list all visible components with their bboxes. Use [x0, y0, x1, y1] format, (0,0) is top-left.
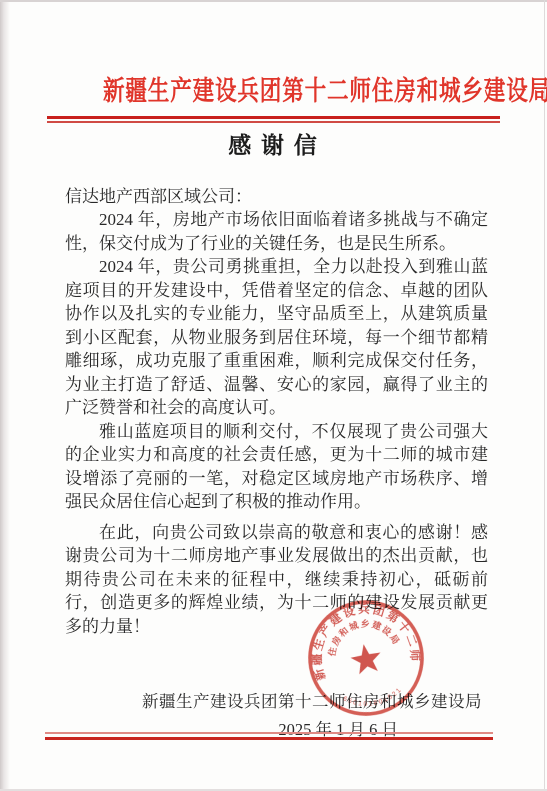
seal-star-icon [349, 642, 384, 676]
salutation: 信达地产西部区域公司： [65, 185, 488, 209]
seal-serial-number: 650101801521 [341, 685, 406, 712]
issuing-org-title: 新疆生产建设兵团第十二师住房和城乡建设局 [47, 0, 500, 107]
letter-title: 感 谢 信 [47, 123, 500, 160]
paragraph-3: 雅山蓝庭项目的顺利交付，不仅展现了贵公司强大的企业实力和高度的社会责任感，更为十… [65, 420, 488, 514]
paragraph-2: 2024 年，贵公司勇挑重担，全力以赴投入到雅山蓝庭项目的开发建设中，凭借着坚定… [65, 255, 488, 420]
paragraph-1: 2024 年，房地产市场依旧面临着诸多挑战与不确定性，保交付成为了行业的关键任务… [65, 208, 488, 255]
letter-content: 新疆生产建设兵团第十二师住房和城乡建设局 感 谢 信 信达地产西部区域公司： 2… [0, 0, 547, 741]
official-seal-stamp: 新疆生产建设兵团第十二师 住房和城乡建设局 650101801521 [296, 588, 435, 727]
paragraph-4: 在此，向贵公司致以崇高的敬意和衷心的感谢！感谢贵公司为十二师房地产事业发展做出的… [65, 521, 488, 639]
letter-page: 新疆生产建设兵团第十二师住房和城乡建设局 感 谢 信 信达地产西部区域公司： 2… [0, 0, 547, 791]
issuing-org-title-text: 新疆生产建设兵团第十二师住房和城乡建设局 [103, 76, 547, 107]
footer-rule-thick-line [45, 737, 493, 740]
letter-body: 信达地产西部区域公司： 2024 年，房地产市场依旧面临着诸多挑战与不确定性，保… [65, 185, 488, 639]
footer-rule [45, 732, 493, 740]
